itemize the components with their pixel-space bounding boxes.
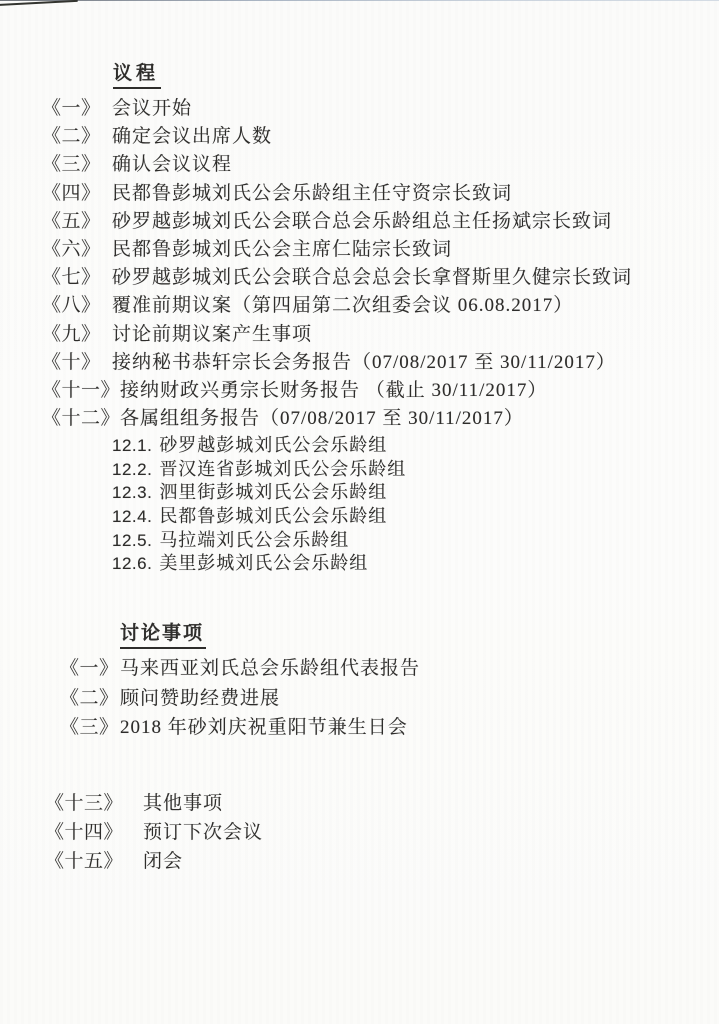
agenda-title: 议程: [113, 62, 161, 89]
agenda-item-text: 民都鲁彭城刘氏公会主席仁陆宗长致词: [112, 234, 452, 261]
agenda-sub-list: 12.1. 砂罗越彭城刘氏公会乐龄组 12.2. 晋汉连省彭城刘氏公会乐龄组 1…: [112, 431, 692, 573]
agenda-item-text: 确定会议出席人数: [112, 121, 272, 148]
agenda-sub-item-text: 美里彭城刘氏公会乐龄组: [159, 549, 368, 575]
scan-top-edge-artifact: [0, 0, 719, 1]
agenda-sub-item-number: 12.5.: [112, 531, 152, 551]
agenda-sub-item-number: 12.4.: [112, 507, 152, 527]
agenda-item: 《八》 覆准前期议案（第四届第二次组委会议 06.08.2017）: [42, 290, 692, 318]
agenda-sub-item: 12.6. 美里彭城刘氏公会乐龄组: [112, 549, 692, 573]
agenda-item: 《十二》 各属组组务报告（07/08/2017 至 30/11/2017）: [42, 403, 692, 431]
agenda-item: 《二》 确定会议出席人数: [42, 121, 692, 149]
closing-item-text: 其他事项: [143, 788, 223, 815]
discussion-item: 《一》 马来西亚刘氏总会乐龄组代表报告: [60, 653, 692, 683]
agenda-item: 《九》 讨论前期议案产生事项: [42, 319, 692, 347]
agenda-item: 《六》 民都鲁彭城刘氏公会主席仁陆宗长致词: [42, 234, 692, 262]
agenda-sub-item-number: 12.3.: [112, 483, 152, 503]
discussion-item-marker: 《三》: [60, 712, 120, 739]
agenda-section: 议程 《一》 会议开始 《二》 确定会议出席人数 《三》 确认会议议程: [42, 62, 692, 573]
agenda-sub-item: 12.4. 民都鲁彭城刘氏公会乐龄组: [112, 502, 692, 526]
agenda-item-text: 各属组组务报告（07/08/2017 至 30/11/2017）: [120, 403, 524, 430]
discussion-item-marker: 《一》: [60, 653, 120, 680]
agenda-item-marker: 《十一》: [42, 375, 120, 402]
discussion-item-marker: 《二》: [60, 683, 120, 710]
closing-item-marker: 《十四》: [45, 817, 143, 844]
agenda-item: 《三》 确认会议议程: [42, 149, 692, 177]
agenda-item-text: 接纳秘书恭轩宗长会务报告（07/08/2017 至 30/11/2017）: [112, 347, 616, 374]
agenda-item-marker: 《十二》: [42, 403, 120, 430]
closing-section: 《十三》 其他事项 《十四》 预订下次会议 《十五》 闭会: [42, 788, 692, 875]
agenda-item: 《十》 接纳秘书恭轩宗长会务报告（07/08/2017 至 30/11/2017…: [42, 347, 692, 375]
closing-item-marker: 《十三》: [45, 788, 143, 815]
agenda-item: 《一》 会议开始: [42, 93, 692, 121]
discussion-item-text: 马来西亚刘氏总会乐龄组代表报告: [120, 653, 420, 680]
discussion-item-text: 顾问赞助经费进展: [120, 683, 280, 710]
agenda-list: 《一》 会议开始 《二》 确定会议出席人数 《三》 确认会议议程 《四》 民都鲁…: [42, 93, 692, 431]
closing-item: 《十三》 其他事项: [45, 788, 692, 817]
agenda-item: 《七》 砂罗越彭城刘氏公会联合总会总会长拿督斯里久健宗长致词: [42, 262, 692, 290]
closing-item-text: 预订下次会议: [143, 817, 263, 844]
agenda-item-text: 讨论前期议案产生事项: [112, 319, 312, 346]
agenda-sub-item-number: 12.1.: [112, 436, 152, 456]
agenda-item-text: 会议开始: [112, 93, 192, 120]
discussion-item: 《二》 顾问赞助经费进展: [60, 683, 692, 713]
agenda-sub-item-number: 12.6.: [112, 554, 152, 574]
discussion-title: 讨论事项: [120, 622, 206, 649]
closing-item-marker: 《十五》: [45, 846, 143, 873]
agenda-item: 《四》 民都鲁彭城刘氏公会乐龄组主任守资宗长致词: [42, 178, 692, 206]
agenda-item-text: 砂罗越彭城刘氏公会联合总会乐龄组总主任扬斌宗长致词: [112, 206, 612, 233]
agenda-item-marker: 《六》: [42, 234, 112, 261]
agenda-sub-item: 12.2. 晋汉连省彭城刘氏公会乐龄组: [112, 455, 692, 479]
agenda-item-marker: 《四》: [42, 178, 112, 205]
closing-item: 《十五》 闭会: [45, 846, 692, 875]
agenda-item-marker: 《二》: [42, 121, 112, 148]
agenda-sub-item: 12.3. 泗里街彭城刘氏公会乐龄组: [112, 478, 692, 502]
agenda-item-text: 砂罗越彭城刘氏公会联合总会总会长拿督斯里久健宗长致词: [112, 262, 632, 289]
agenda-item-text: 覆准前期议案（第四届第二次组委会议 06.08.2017）: [112, 290, 573, 317]
agenda-item: 《五》 砂罗越彭城刘氏公会联合总会乐龄组总主任扬斌宗长致词: [42, 206, 692, 234]
agenda-item-marker: 《三》: [42, 149, 112, 176]
agenda-sub-item-number: 12.2.: [112, 460, 152, 480]
agenda-item-marker: 《五》: [42, 206, 112, 233]
agenda-sub-item-text: 晋汉连省彭城刘氏公会乐龄组: [159, 455, 406, 481]
discussion-section: 讨论事项 《一》 马来西亚刘氏总会乐龄组代表报告 《二》 顾问赞助经费进展 《三…: [42, 622, 692, 742]
closing-item-text: 闭会: [143, 846, 183, 873]
closing-item: 《十四》 预订下次会议: [45, 817, 692, 846]
agenda-sub-item: 12.5. 马拉端刘氏公会乐龄组: [112, 526, 692, 550]
scanned-document-page: 议程 《一》 会议开始 《二》 确定会议出席人数 《三》 确认会议议程: [0, 0, 719, 1024]
discussion-item: 《三》 2018 年砂刘庆祝重阳节兼生日会: [60, 712, 692, 742]
agenda-item-marker: 《一》: [42, 93, 112, 120]
agenda-item-marker: 《九》: [42, 319, 112, 346]
agenda-item-marker: 《七》: [42, 262, 112, 289]
agenda-item-marker: 《八》: [42, 290, 112, 317]
discussion-list: 《一》 马来西亚刘氏总会乐龄组代表报告 《二》 顾问赞助经费进展 《三》 201…: [60, 653, 692, 742]
agenda-sub-item-text: 泗里街彭城刘氏公会乐龄组: [159, 478, 387, 504]
agenda-sub-item-text: 民都鲁彭城刘氏公会乐龄组: [159, 502, 387, 528]
agenda-item-text: 接纳财政兴勇宗长财务报告 （截止 30/11/2017）: [120, 375, 547, 402]
agenda-item-text: 民都鲁彭城刘氏公会乐龄组主任守资宗长致词: [112, 178, 512, 205]
agenda-item-text: 确认会议议程: [112, 149, 232, 176]
closing-list: 《十三》 其他事项 《十四》 预订下次会议 《十五》 闭会: [45, 788, 692, 875]
agenda-sub-item: 12.1. 砂罗越彭城刘氏公会乐龄组: [112, 431, 692, 455]
agenda-item-marker: 《十》: [42, 347, 112, 374]
discussion-item-text: 2018 年砂刘庆祝重阳节兼生日会: [120, 712, 408, 739]
agenda-item: 《十一》 接纳财政兴勇宗长财务报告 （截止 30/11/2017）: [42, 375, 692, 403]
agenda-sub-item-text: 马拉端刘氏公会乐龄组: [159, 526, 349, 552]
agenda-sub-item-text: 砂罗越彭城刘氏公会乐龄组: [159, 431, 387, 457]
